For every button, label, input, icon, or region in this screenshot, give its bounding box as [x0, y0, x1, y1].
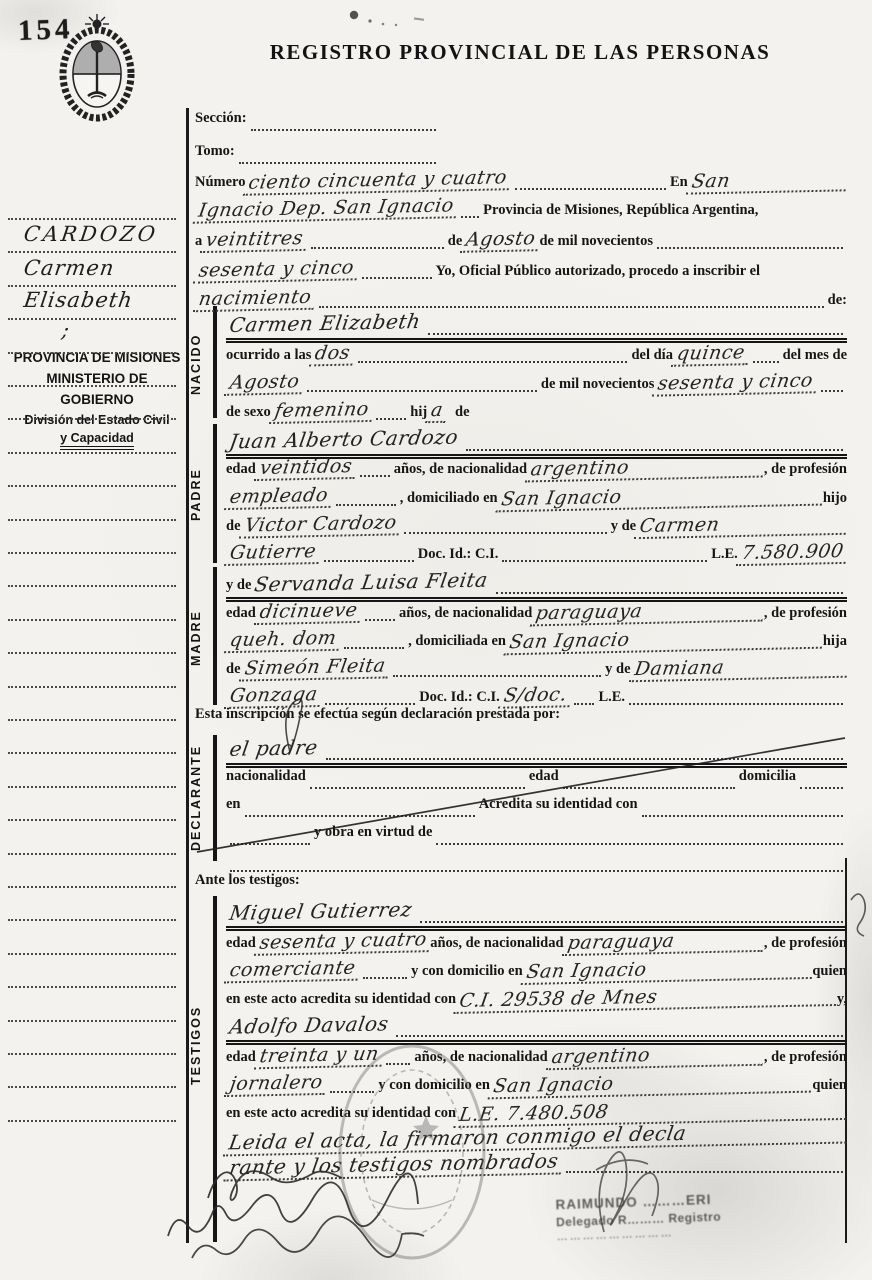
blank-line	[436, 841, 843, 845]
label-y-de-3: y de	[605, 661, 630, 678]
value-testigo2-nombre: Adolfo Davalos	[224, 1011, 395, 1038]
margin-rule	[8, 986, 176, 988]
label-anos-nac: años, de nacionalidad	[394, 461, 527, 478]
row-padre-edad: edad veintidos años, de nacionalidad arg…	[226, 456, 847, 480]
label-edad-4: edad	[226, 935, 256, 952]
margin-rule	[8, 251, 176, 253]
margin-rule	[8, 652, 176, 654]
blank-line	[245, 813, 475, 817]
margin-rule	[8, 752, 176, 754]
blank-line	[502, 558, 707, 562]
row-testigo2-edad: edad treinta y un años, de nacionalidad …	[226, 1044, 847, 1068]
blank-line	[358, 359, 627, 363]
value-dia: veintitres	[200, 227, 309, 253]
signature-witness1	[168, 1173, 418, 1236]
blank-line	[657, 245, 843, 249]
label-seccion: Sección:	[195, 110, 247, 127]
blank-line	[753, 359, 779, 363]
margin-rule	[8, 418, 176, 420]
row-nacido-nombre: Carmen Elizabeth	[226, 311, 847, 343]
margin-rule	[8, 619, 176, 621]
label-edad: edad	[226, 461, 256, 478]
label-hij: hij	[410, 404, 427, 421]
label-anos-nac-2: años, de nacionalidad	[399, 605, 532, 622]
label-y-coma: y,	[837, 991, 847, 1008]
row-madre-doc: Gonzaga Doc. Id.: C.I. S/doc. L.E.	[226, 684, 847, 708]
label-de-profesion-4: , de profesión	[764, 1049, 847, 1066]
label-de-4: de	[226, 661, 241, 678]
label-y-de: y de	[611, 518, 636, 535]
label-quien: quien	[812, 963, 847, 980]
margin-rule	[8, 853, 176, 855]
label-edad-3: edad	[529, 768, 559, 785]
value-madre-ci: S/doc.	[498, 683, 573, 708]
row-declarante-obra: y obra en virtud de	[226, 824, 847, 848]
label-yo-oficial: Yo, Oficial Público autorizado, procedo …	[436, 263, 761, 280]
value-testigo2-edad: treinta y un	[254, 1043, 385, 1070]
value-anio-nac: sesenta y cinco	[652, 369, 819, 396]
label-anos-nac-3: años, de nacionalidad	[430, 935, 563, 952]
label-provincia: Provincia de Misiones, República Argenti…	[483, 202, 758, 219]
row-padre-abuelos: de Victor Cardozo y de Carmen	[226, 513, 847, 537]
label-de-profesion-2: , de profesión	[764, 605, 847, 622]
row-declaracion: Esta inscripción se efectúa según declar…	[195, 706, 847, 730]
label-tomo: Tomo:	[195, 143, 235, 160]
value-mes-nac: Agosto	[224, 370, 305, 396]
value-dia-nac: quince	[671, 341, 751, 367]
row-madre-profesion: queh. dom , domiciliada en San Ignacio h…	[226, 628, 847, 652]
blank-line	[404, 530, 607, 534]
blank-line	[311, 245, 444, 249]
label-en: En	[670, 174, 688, 191]
blank-line	[239, 160, 436, 164]
value-numero: ciento cincuenta y cuatro	[243, 166, 513, 196]
row-testigo1-nombre: Miguel Gutierrez	[226, 899, 847, 931]
margin-rule	[8, 285, 176, 287]
blank-line	[307, 388, 537, 392]
row-cierre-2: rante y los testigos nombrados	[226, 1152, 847, 1176]
row-tomo: Tomo:	[195, 143, 440, 167]
blank-line	[376, 416, 406, 420]
margin-rule	[8, 1120, 176, 1122]
blank-line	[336, 502, 396, 506]
blank-line	[563, 785, 735, 789]
row-nacido-sexo: de sexo femenino hij a de	[226, 399, 847, 423]
value-padre-nombre: Juan Alberto Cardozo	[224, 425, 464, 454]
value-testigo1-doc: C.I. 29538 de Mnes	[454, 982, 840, 1014]
label-declaracion: Esta inscripción se efectúa según declar…	[195, 706, 560, 723]
row-testigo1-edad: edad sesenta y cuatro años, de nacionali…	[226, 930, 847, 954]
margin-lines	[8, 218, 176, 1158]
page-title: REGISTRO PROVINCIAL DE LAS PERSONAS	[195, 40, 845, 65]
value-testigo1-nombre: Miguel Gutierrez	[224, 897, 418, 925]
nacido-bar	[213, 306, 217, 418]
row-padre-profesion: empleado , domiciliado en San Ignacio hi…	[226, 485, 847, 509]
margin-given-name: Carmen	[22, 256, 116, 280]
official-stamp-text: RAIMUNDO ………ERI Delegado R……… Registro ……	[555, 1188, 807, 1246]
section-label-declarante: DECLARANTE	[189, 738, 203, 858]
row-lugar: Ignacio Dep. San Ignacio Provincia de Mi…	[195, 197, 847, 221]
label-de-mil: de mil novecientos	[539, 233, 653, 250]
margin-rule	[8, 886, 176, 888]
label-doc-id: Doc. Id.: C.I.	[418, 546, 499, 563]
value-madre-nombre: Servanda Luisa Fleita	[249, 567, 494, 596]
label-edad-2: edad	[226, 605, 256, 622]
value-cierre-2: rante y los testigos nombrados	[223, 1148, 564, 1181]
label-hija: hija	[823, 633, 847, 650]
label-de-mil-2: de mil novecientos	[541, 376, 655, 393]
blank-line	[325, 701, 415, 705]
blank-line	[386, 1061, 410, 1065]
blank-line	[230, 841, 310, 845]
section-label-nacido: NACIDO	[189, 318, 203, 410]
margin-rule	[8, 786, 176, 788]
label-domicilia: domicilia	[739, 768, 796, 785]
margin-rule	[8, 485, 176, 487]
blank-line	[461, 214, 479, 218]
value-hij-sufijo: a	[425, 399, 449, 423]
margin-rule	[8, 953, 176, 955]
blank-line	[629, 701, 843, 705]
blank-line	[330, 1089, 374, 1093]
value-padre-le: 7.580.900	[736, 540, 849, 566]
blank-line	[428, 331, 843, 335]
blank-line	[566, 1169, 843, 1173]
margin-rule	[8, 218, 176, 220]
value-testigo1-edad: sesenta y cuatro	[254, 928, 433, 956]
value-abuelo-materno: Simeón Fleita	[238, 654, 390, 681]
label-acto-acredita: en este acto acredita su identidad con	[226, 991, 456, 1008]
label-del-dia: del día	[631, 347, 673, 364]
label-le: L.E.	[711, 546, 738, 563]
label-ocurrido: ocurrido a las	[226, 347, 311, 364]
margin-rule	[8, 1086, 176, 1088]
blank-line	[821, 388, 843, 392]
margin-rule	[8, 919, 176, 921]
blank-line	[420, 919, 843, 923]
margin-rule	[8, 1053, 176, 1055]
blank-line	[574, 701, 594, 705]
value-abuelo-paterno: Victor Cardozo	[238, 511, 402, 538]
ink-specks	[340, 4, 460, 34]
blank-line	[319, 304, 824, 308]
value-anio: sesenta y cinco	[193, 256, 360, 283]
margin-rule	[8, 552, 176, 554]
label-le-2: L.E.	[598, 689, 625, 706]
margin-rule	[8, 385, 176, 387]
row-numero: Número ciento cincuenta y cuatro En San	[195, 169, 847, 193]
row-declarante-nac: nacionalidad edad domicilia	[226, 768, 847, 792]
value-madre-edad: dicinueve	[254, 599, 363, 625]
blank-line	[324, 558, 414, 562]
label-doc-id-2: Doc. Id.: C.I.	[419, 689, 500, 706]
value-abuela-paterna-1: Carmen	[634, 511, 849, 539]
section-label-padre: PADRE	[189, 452, 203, 538]
value-testigo1-profesion: comerciante	[224, 957, 361, 984]
blank-line	[496, 590, 843, 594]
value-padre-edad: veintidos	[254, 455, 358, 481]
testigos-bar	[213, 896, 217, 1242]
label-en-min: en	[226, 796, 241, 813]
section-label-testigos: TESTIGOS	[189, 990, 203, 1100]
blank-line	[344, 645, 404, 649]
margin-rule	[8, 686, 176, 688]
label-de-sexo: de sexo	[226, 404, 271, 421]
blank-line	[800, 785, 843, 789]
value-testigo1-domicilio: San Ignacio	[520, 955, 814, 985]
value-testigo2-profesion: jornalero	[224, 1071, 328, 1097]
value-sexo: femenino	[269, 398, 375, 424]
value-declarante: el padre	[224, 735, 324, 761]
margin-rule	[8, 1020, 176, 1022]
blank-line	[393, 673, 602, 677]
row-fecha: a veintitres de Agosto de mil noveciento…	[195, 228, 847, 252]
margin-given-name2: Elisabeth	[22, 288, 134, 312]
margin-surname: CARDOZO	[22, 222, 159, 246]
label-con-domicilio-2: y con domicilio en	[378, 1077, 490, 1094]
label-de-colon: de:	[828, 292, 847, 309]
margin-rule	[8, 352, 176, 354]
blank-line	[360, 473, 390, 477]
value-padre-domicilio: San Ignacio	[495, 482, 825, 513]
value-padre-profesion: empleado	[224, 484, 334, 510]
margin-rule	[8, 318, 176, 320]
row-declarante-en: en Acredita su identidad con	[226, 796, 847, 820]
birth-certificate-scan: 154 REGISTRO PROVINCIAL DE LAS PERSONAS	[0, 0, 872, 1280]
blank-line	[326, 756, 843, 760]
value-madre-domicilio: San Ignacio	[504, 625, 826, 656]
label-nacionalidad: nacionalidad	[226, 768, 306, 785]
value-testigo2-domicilio: San Ignacio	[487, 1069, 814, 1100]
row-testigo1-doc: en este acto acredita su identidad con C…	[226, 986, 847, 1010]
blank-line	[396, 1033, 843, 1037]
label-del-mes: del mes de	[783, 347, 847, 364]
value-lugar-1: San	[686, 167, 850, 194]
row-padre-doc: Gutierre Doc. Id.: C.I. L.E. 7.580.900	[226, 541, 847, 565]
label-acredita: Acredita su identidad con	[479, 796, 638, 813]
value-madre-nacionalidad: paraguaya	[530, 598, 766, 627]
label-hijo: hijo	[823, 490, 847, 507]
label-obra: y obra en virtud de	[314, 824, 432, 841]
value-madre-profesion: queh. dom	[224, 627, 342, 653]
margin-mark	[851, 894, 865, 936]
margin-rule	[8, 819, 176, 821]
label-de-2: de	[455, 404, 470, 421]
label-de-profesion: , de profesión	[764, 461, 847, 478]
signature-witness2	[192, 1216, 424, 1258]
blank-line	[515, 186, 666, 190]
label-domiciliado: , domiciliado en	[400, 490, 498, 507]
blank-line	[365, 617, 395, 621]
value-abuela-paterna-2: Gutierre	[224, 540, 322, 566]
row-declarante: el padre	[226, 736, 847, 768]
value-padre-nacionalidad: argentino	[525, 454, 766, 483]
row-acto: nacimiento de:	[195, 287, 847, 311]
value-nacido-nombre: Carmen Elizabeth	[224, 309, 427, 337]
row-cierre-1: Leida el acta, la firmaron conmigo el de…	[226, 1124, 847, 1148]
label-y-de-2: y de	[226, 577, 251, 594]
label-de-profesion-3: , de profesión	[764, 935, 847, 952]
value-testigo1-nacionalidad: paraguaya	[561, 928, 766, 956]
blank-line	[363, 975, 407, 979]
label-edad-5: edad	[226, 1049, 256, 1066]
blank-line	[251, 127, 436, 131]
margin-rule	[8, 719, 176, 721]
margin-rule	[8, 519, 176, 521]
row-nacido-mes: Agosto de mil novecientos sesenta y cinc…	[226, 371, 847, 395]
row-seccion: Sección:	[195, 110, 440, 134]
margin-rule	[8, 585, 176, 587]
padre-bar	[213, 424, 217, 563]
row-anio: sesenta y cinco Yo, Oficial Público auto…	[195, 258, 847, 282]
blank-line	[642, 813, 843, 817]
blank-line	[310, 785, 525, 789]
value-abuela-materna-1: Damiana	[628, 654, 849, 683]
value-testigo2-nacionalidad: argentino	[545, 1042, 766, 1071]
row-madre-edad: edad dicinueve años, de nacionalidad par…	[226, 600, 847, 624]
row-testigo2-domicilio: jornalero y con domicilio en San Ignacio…	[226, 1072, 847, 1096]
margin-rule	[8, 452, 176, 454]
label-con-domicilio: y con domicilio en	[411, 963, 523, 980]
value-mes: Agosto	[460, 227, 541, 253]
label-quien-2: quien	[812, 1077, 847, 1094]
value-acto: nacimiento	[193, 286, 317, 313]
row-nacido-hora: ocurrido a las dos del día quince del me…	[226, 342, 847, 366]
label-numero: Número	[195, 174, 245, 191]
declarante-bar	[213, 735, 217, 861]
label-ante: Ante los testigos:	[195, 872, 300, 889]
blank-line	[362, 275, 432, 279]
page-number: 154	[17, 13, 74, 48]
row-testigo1-domicilio: comerciante y con domicilio en San Ignac…	[226, 958, 847, 982]
row-testigo2-nombre: Adolfo Davalos	[226, 1013, 847, 1045]
value-hora: dos	[309, 342, 356, 367]
row-madre-abuelos: de Simeón Fleita y de Damiana	[226, 656, 847, 680]
label-de-3: de	[226, 518, 241, 535]
row-ante-testigos: Ante los testigos:	[195, 872, 495, 896]
section-label-madre: MADRE	[189, 595, 203, 681]
label-domiciliada: , domiciliada en	[408, 633, 506, 650]
madre-bar	[213, 567, 217, 705]
label-acto-acredita-2: en este acto acredita su identidad con	[226, 1105, 456, 1122]
blank-line	[466, 447, 843, 451]
label-anos-nac-4: años, de nacionalidad	[414, 1049, 547, 1066]
value-lugar-2: Ignacio Dep. San Ignacio	[193, 194, 460, 223]
